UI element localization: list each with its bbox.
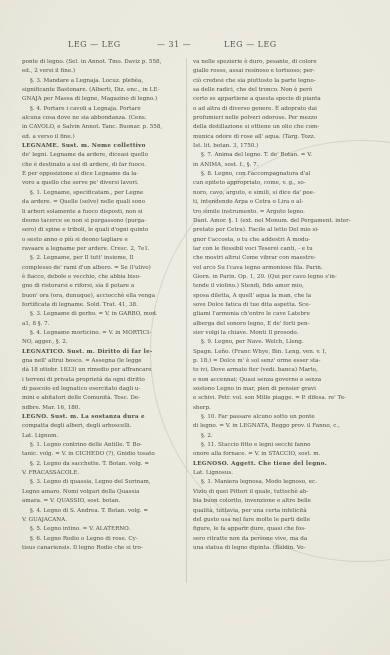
text-line: o sesto anno o più si deono tagliare e [22, 236, 182, 245]
text-line: de' legni. Legname da ardere, diceasi qu… [22, 151, 182, 160]
text-line: della distillazione si ottiene un olio c… [193, 123, 358, 132]
text-line: §. 1. Legname, specificatam., per Legne [22, 189, 182, 198]
text-line: sove Dolce fatica di tue dita aspetta. S… [193, 301, 358, 310]
text-line: ciò credesi che sia piuttosto la parte l… [193, 77, 358, 86]
text-line: figure, le fa apparir dure, quasi che fo… [193, 525, 358, 534]
text-line: dà 18 ottobr. 1833) un rimedio per affra… [22, 366, 182, 375]
text-line: sa delle radici, che del tronco. Non è p… [193, 86, 358, 95]
text-line: certo se appartiene a questa specie di p… [193, 95, 358, 104]
text-line: in CAVOLO, e Salvin Annot. Tanc. Buonar.… [22, 123, 182, 132]
text-line: §. 1. Legno contrino delle Antille. T. B… [22, 441, 182, 450]
text-line: lar con le flessibil voci Tesereì canti,… [193, 245, 358, 254]
text-line: §. 4. Portare i cavoli a Legnaja. Portar… [22, 105, 182, 114]
text-line: LEGNO. Sust. m. La sostanza dura e [22, 413, 182, 422]
text-line: profumieri nelle polveri odorose. Per me… [193, 114, 358, 123]
text-line: alberga del sonoro legno, E de' forti pe… [193, 320, 358, 329]
text-line: da ardere. = Quelle (selve) nelle quali … [22, 198, 182, 207]
text-line: o ad altra di diverso genere. È adoprato… [193, 105, 358, 114]
text-line: sero ritratte non da persone vive, ma da [193, 535, 358, 544]
text-line: §. 2. Legno da sacchette. T. Botan. volg… [22, 460, 182, 469]
text-line: tanic. volg. = V. in CICHEDO (?), Gnidio… [22, 450, 182, 459]
text-line: pretato per Cetra). Facile al letto Del … [193, 226, 358, 235]
text-line: LEGNAME. Sust. m. Nome collettivo [22, 142, 182, 151]
text-line: to ivi, Dove armato fier (vedi. banca) M… [193, 366, 358, 375]
text-line: e schivi. Petr. vol. son Mille piagge. =… [193, 394, 358, 403]
text-line: §. 4. Legname morticino. = V. in MORTICI… [22, 329, 182, 338]
text-line: deono tacerce se non si purgassono (purg… [22, 217, 182, 226]
text-line: Lat. Lignosus. [193, 469, 358, 478]
text-line: bia buon colorito, invenzione e altre be… [193, 497, 358, 506]
text-line: ponte di legno. (Sel. in Annot. Tmo. Dav… [22, 58, 182, 67]
text-line: di pascolo ed legnatico esercitato dagli… [22, 385, 182, 394]
left-column: ponte di legno. (Sel. in Annot. Tmo. Dav… [22, 58, 182, 553]
text-line: sherp. [193, 404, 358, 413]
text-line: e non accennai; Quasi senza governo e se… [193, 376, 358, 385]
text-line: buon' ora (ora, dunuque), acciocchè ella… [22, 292, 182, 301]
text-line: che mostri altrui Come vibrar con maestr… [193, 254, 358, 263]
text-line: fortificata di legname. Sold. Trat. 41, … [22, 301, 182, 310]
text-line: §. 2. Legname, per Il tutt' insieme, Il [22, 254, 182, 263]
text-line: alcuna cosa dove ne sia abbondanza. (Cen… [22, 114, 182, 123]
header-right-guideword: LEG — LEG [224, 40, 277, 49]
text-line: §. 3. Mandare a Legnaja. Locuz. plebèa, [22, 77, 182, 86]
text-line: noro, cavo, arguto, e simili, si dice da… [193, 189, 358, 198]
text-line: Giorn. in Parin. Op. 1, 20. (Qui per cav… [193, 273, 358, 282]
text-line: va nelle spezierie è duro, pesante, di c… [193, 58, 358, 67]
text-line: è fiacco, debole e vecchio, che abbia bi… [22, 273, 182, 282]
text-line: in ANIMA, sost. f., §. 7. [193, 161, 358, 170]
text-line: sier volgi la chiave. Monti Il prosodo. [193, 329, 358, 338]
text-line: §. 7. Anima del legno. T. de' Botan. = V… [193, 151, 358, 160]
text-line: del gusto usa nel fare molte le parti de… [193, 516, 358, 525]
text-line: vol arco Su l'cava legno armoniose fila.… [193, 264, 358, 273]
text-line: LEGNOSO. Aggett. Che tiene del legno. [193, 460, 358, 469]
text-line: ravaare a legname per ardere. Cresc. 2, … [22, 245, 182, 254]
right-column: va nelle spezierie è duro, pesante, di c… [193, 58, 358, 553]
text-line: §. 10. Far passare alcuno sotto un ponte [193, 413, 358, 422]
text-line: E per opposizione si dice Legname da la- [22, 170, 182, 179]
text-line: Ist. lit. botan. 3, 1750.) [193, 142, 358, 151]
text-line: gliami l'armonia ch'entro le cave Latebr… [193, 310, 358, 319]
page-number: — 31 — [157, 40, 191, 49]
text-line: mini e abitatori delle Comunità. Tosc. D… [22, 394, 182, 403]
text-line: §. 4. Legno di S. Andrea. T. Botan. volg… [22, 507, 182, 516]
text-line: complesso de' rami d'un albero. = Se (l'… [22, 264, 182, 273]
text-line: ndbre. Mar. 16, 180. [22, 404, 182, 413]
text-line: voro a quello che serve pe' diversi lavo… [22, 179, 182, 188]
text-line: V. FRACASSACOLE. [22, 469, 182, 478]
dictionary-page: LEG — LEG — 31 — LEG — LEG ponte di legn… [0, 0, 390, 655]
text-line: a1, 8 §. 7. [22, 320, 182, 329]
text-line: §. 6. Legno Rodio o Legno di rose. Cy- [22, 535, 182, 544]
text-line: tro simile instrumento. = Arguto legno. [193, 208, 358, 217]
text-line: qualità, tuttavia, per una certa infelic… [193, 507, 358, 516]
text-line: §. 8. Legno, con l'accompagnatura d'al [193, 170, 358, 179]
text-line: onore alla fornace. = V. in STACCIO, sos… [193, 450, 358, 459]
text-line: tisus canariensis. Il legno Rodio che si… [22, 544, 182, 553]
text-line: significante Bastonare. (Alberti, Diz. e… [22, 86, 182, 95]
text-line: V. GUAJACANA. [22, 516, 182, 525]
text-line: Spagn. Leño. (Franc Whye, Bin. Leng. ven… [193, 348, 358, 357]
text-line: §. 3. Legno di quassia, Legno del Surina… [22, 478, 182, 487]
text-line: p. 18.) = Dolce m' è sol senz' orme esse… [193, 357, 358, 366]
text-line: amara. = V. QUASSIO, sost. botan. [22, 497, 182, 506]
text-line: Lat. Lignum. [22, 432, 182, 441]
text-line: una statua di legno dipinta. (Baldin. Vo… [193, 544, 358, 553]
column-divider [186, 58, 187, 583]
text-line: cun epiteto appropriato, come, v. g., so… [193, 179, 358, 188]
text-line: ti, intendendo Arpa o Cetra o Lira o al- [193, 198, 358, 207]
text-line: LEGNATICO. Sust. m. Diritto di far le- [22, 348, 182, 357]
text-line: i terreni di privata proprietà da ogni d… [22, 376, 182, 385]
text-line: di legno. = V. in LEGNATA, Reggo prov. i… [193, 422, 358, 431]
text-line: ed., 2 versi il fine.) [22, 67, 182, 76]
text-line: §. 5. Legno intino. = V. ALATERNO. [22, 525, 182, 534]
text-line: li arbori solamente a fuoco disposti, no… [22, 208, 182, 217]
text-line: §. 3. Legname di gerbo. = V. in GARBO, m… [22, 310, 182, 319]
text-line: compatta degli alberi, degli arboscelli. [22, 422, 182, 431]
text-line: Legno amaro. Nomi volgari della Quassia [22, 488, 182, 497]
text-line: ed. a verso il fine.) [22, 133, 182, 142]
text-line: GNAJA per Massa di legne, Magazino di le… [22, 95, 182, 104]
text-line: sero) di spine e triboli, le quali d'ogn… [22, 226, 182, 235]
text-line: §. 9. Legno, per Nave. Welch, Lleng. [193, 338, 358, 347]
text-line: sostono Legno in mar, pien di pensier gr… [193, 385, 358, 394]
text-line: §. 2. [193, 432, 358, 441]
text-line: gnor t'accosta, o tu che addestri A modu… [193, 236, 358, 245]
text-line: gno di ristorarsi e riforsi, sia il pota… [22, 282, 182, 291]
text-line: Vizio di quei Pittori il quale, tuttochè… [193, 488, 358, 497]
running-header: LEG — LEG — 31 — LEG — LEG [0, 40, 390, 52]
text-line: Dant. Amor. §. 1 (ext. nel Monum. del Pe… [193, 217, 358, 226]
text-line: §. 11. Staccio fitto e legni secchi fann… [193, 441, 358, 450]
text-line: §. 1. Maniera legnosa, Modo legnoso, ec. [193, 478, 358, 487]
text-line: munica odore di rose all' aqua. (Targ. T… [193, 133, 358, 142]
text-line: gna nell' altrui bosco. = Assegna (le le… [22, 357, 182, 366]
text-line: tende il violino.) Stendi, fido amor mio… [193, 282, 358, 291]
text-line: giallo rosso, assai resinoso e tortuoso;… [193, 67, 358, 76]
text-line: che è destinato a usi di ardere, di far … [22, 161, 182, 170]
header-left-guideword: LEG — LEG [68, 40, 121, 49]
text-line: NO, agger., §. 2. [22, 338, 182, 347]
text-line: sposa diletta, A quell' aqua la man, che… [193, 292, 358, 301]
